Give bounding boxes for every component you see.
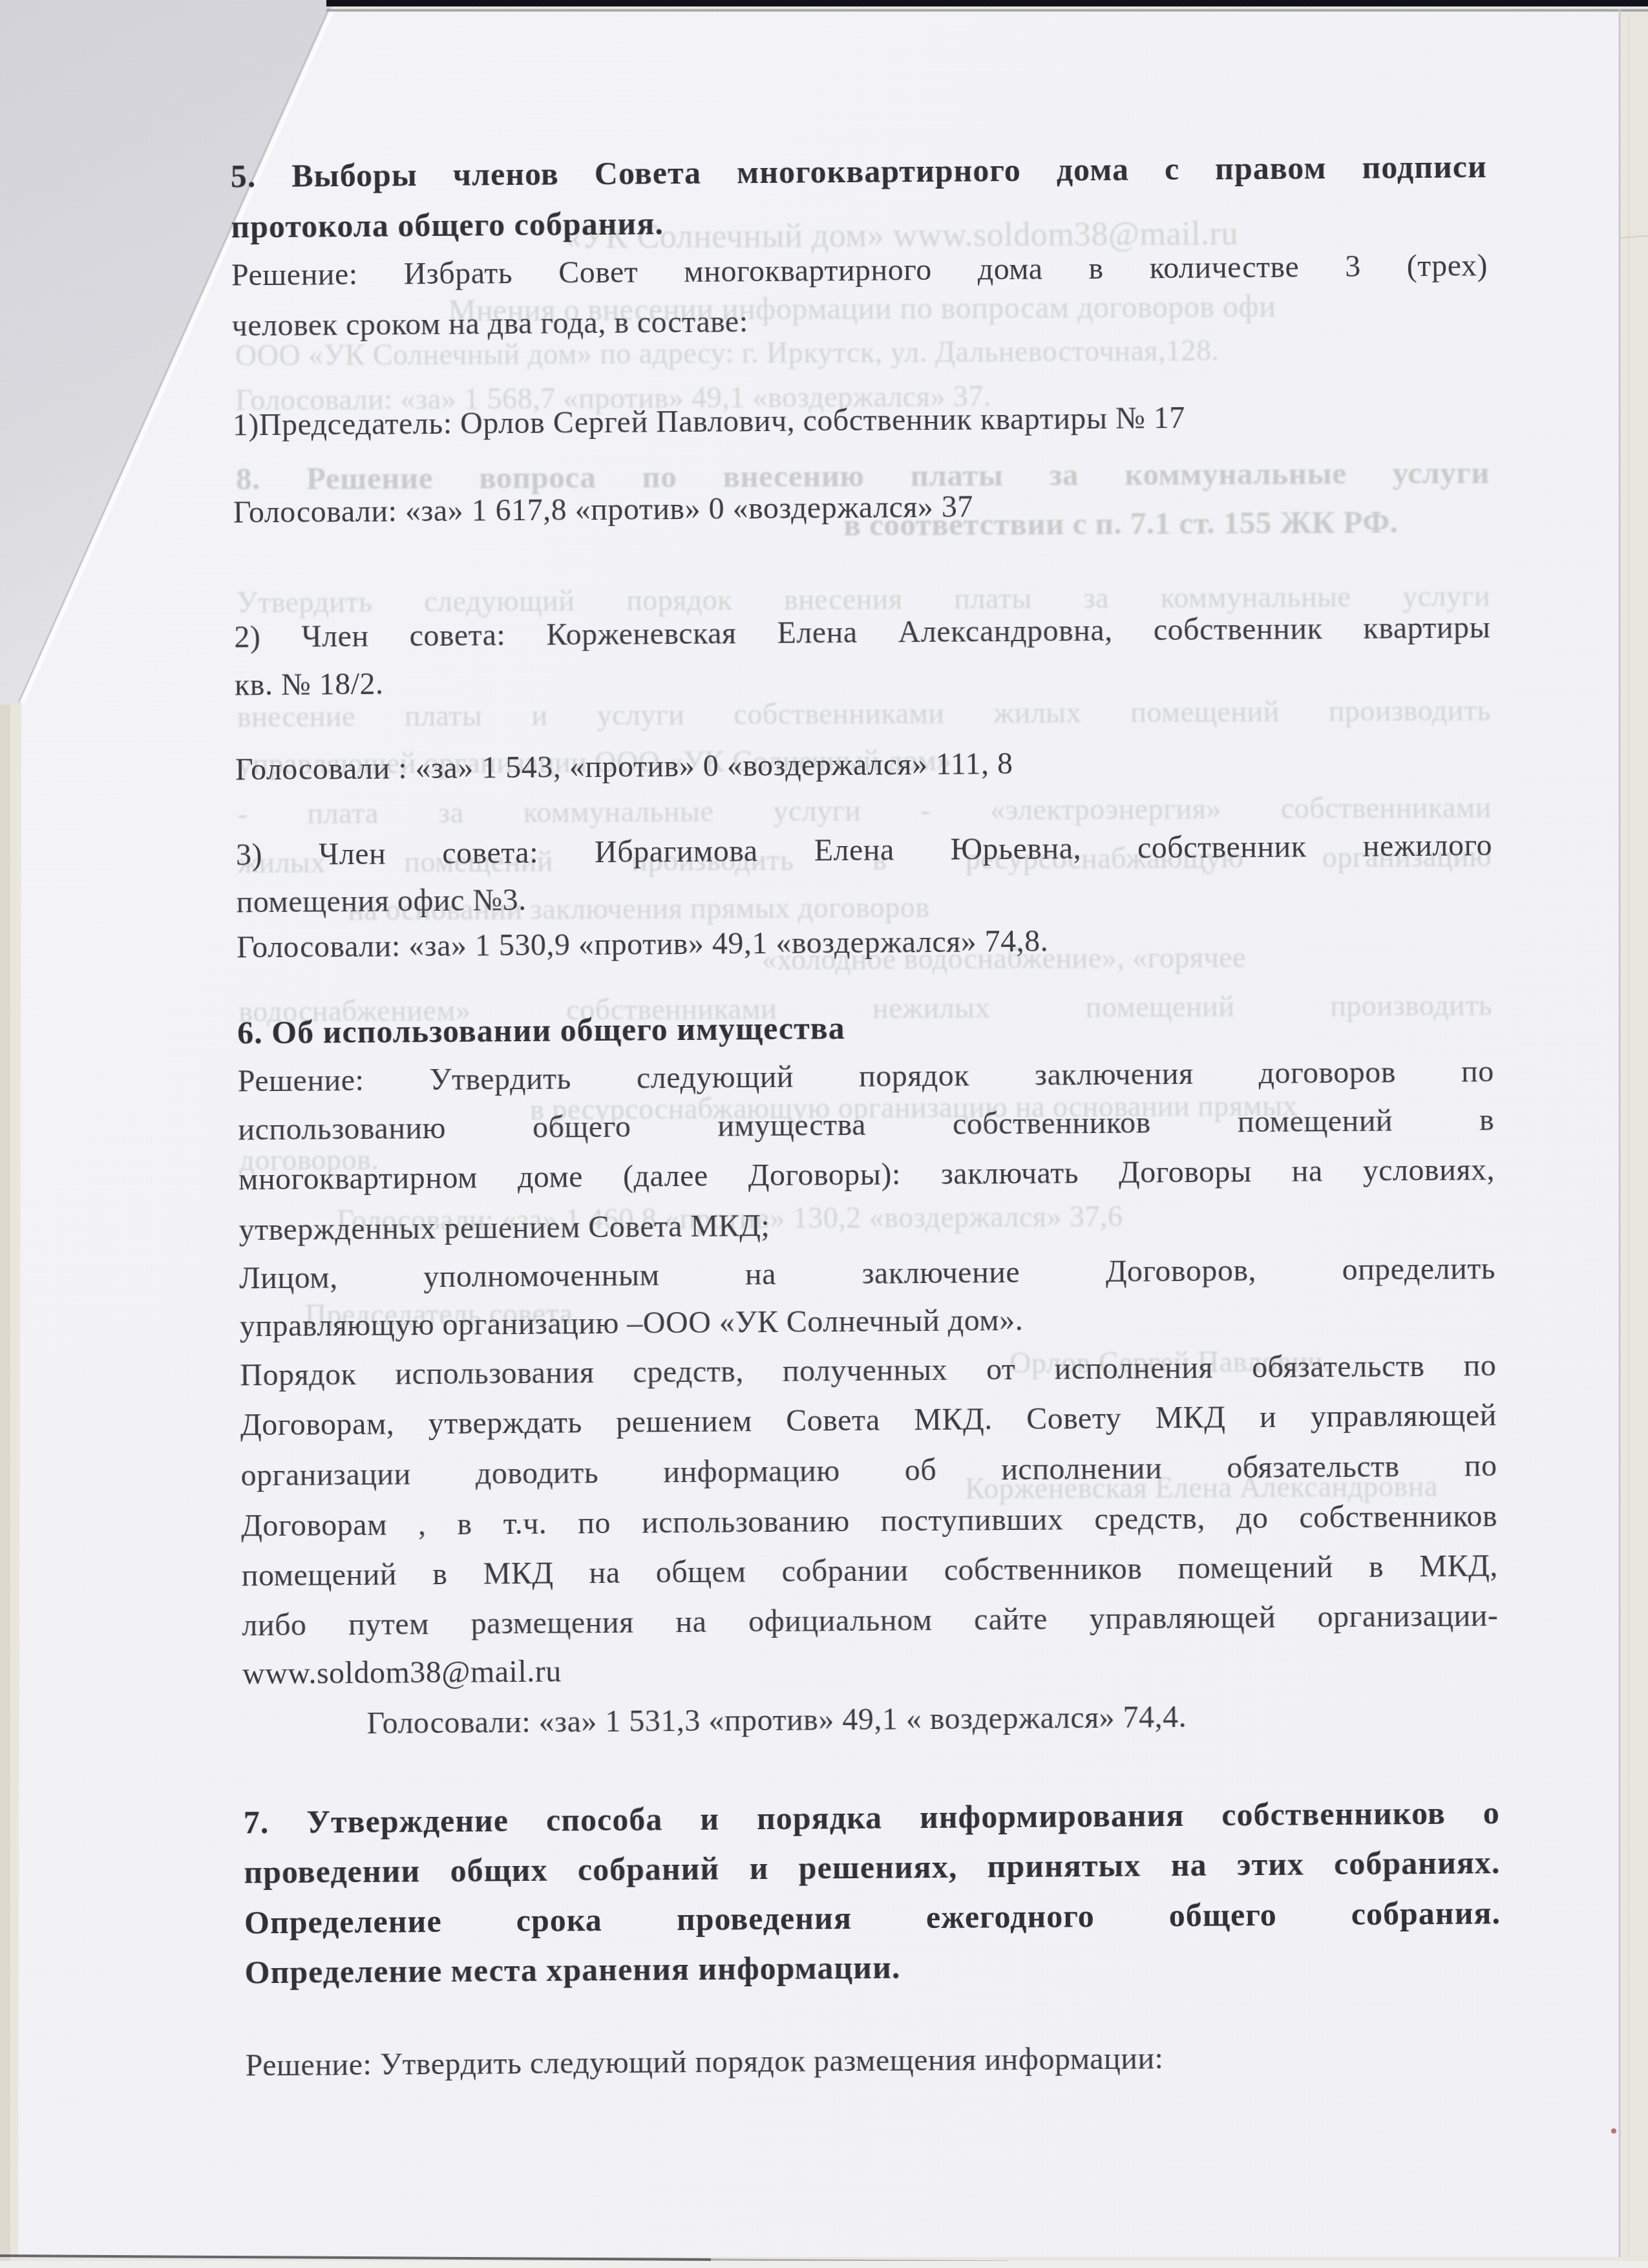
text-line: Решение: Утвердить следующий порядок раз… bbox=[246, 2040, 1164, 2083]
text-line: 2) Член совета: Корженевская Елена Алекс… bbox=[234, 609, 1490, 655]
text-line: проведении общих собраний и решениях, пр… bbox=[244, 1843, 1500, 1891]
text-line: 1)Председатель: Орлов Сергей Павлович, с… bbox=[233, 400, 1185, 443]
printed-text-layer: 5. Выборы членов Совета многоквартирного… bbox=[0, 0, 1648, 2268]
text-line: 5. Выборы членов Совета многоквартирного… bbox=[231, 147, 1487, 195]
text-line: организации доводить информацию об испол… bbox=[240, 1448, 1497, 1493]
text-line: Договорам , в т.ч. по использованию пост… bbox=[241, 1498, 1497, 1543]
scanned-page: «УК Солнечный дом» www.soldom38@mail.ruМ… bbox=[0, 0, 1648, 2268]
text-line: многоквартирном доме (далее Договоры): з… bbox=[238, 1152, 1495, 1197]
text-line: 3) Член совета: Ибрагимова Елена Юрьевна… bbox=[236, 827, 1492, 873]
text-line: использованию общего имущества собственн… bbox=[238, 1102, 1494, 1147]
text-line: управляющую организацию –ООО «УК Солнечн… bbox=[240, 1302, 1024, 1344]
text-line: помещений в МКД на общем собрании собств… bbox=[242, 1548, 1498, 1593]
text-line: помещения офис №3. bbox=[236, 882, 526, 920]
text-line: Договорам, утверждать решением Совета МК… bbox=[240, 1397, 1497, 1443]
text-line: Определение срока проведения ежегодного … bbox=[244, 1894, 1501, 1941]
text-line: Решение: Избрать Совет многоквартирного … bbox=[231, 248, 1488, 293]
text-line: Голосовали: «за» 1 531,3 «против» 49,1 «… bbox=[366, 1699, 1187, 1741]
text-line: Порядок использования средств, полученны… bbox=[240, 1348, 1496, 1393]
text-line: кв. № 18/2. bbox=[235, 666, 384, 703]
text-line: человек сроком на два года, в составе: bbox=[231, 304, 748, 343]
text-line: 7. Утверждение способа и порядка информи… bbox=[244, 1794, 1500, 1841]
text-line: либо путем размещения на официальном сай… bbox=[242, 1598, 1498, 1643]
text-line: протокола общего собрания. bbox=[231, 204, 664, 245]
text-line: Решение: Утвердить следующий порядок зак… bbox=[238, 1054, 1494, 1099]
text-line: утвержденных решением Совета МКД; bbox=[238, 1208, 770, 1247]
text-line: Голосовали : «за» 1 543, «против» 0 «воз… bbox=[235, 746, 1013, 787]
text-line: Голосовали: «за» 1 530,9 «против» 49,1 «… bbox=[237, 924, 1049, 966]
text-line: Голосовали: «за» 1 617,8 «против» 0 «воз… bbox=[233, 489, 974, 530]
text-line: Определение места хранения информации. bbox=[244, 1948, 900, 1991]
text-line: 6. Об использовании общего имущества bbox=[237, 1009, 845, 1051]
text-line: Лицом, уполномоченным на заключение Дого… bbox=[239, 1251, 1495, 1296]
text-line: www.soldom38@mail.ru bbox=[242, 1654, 562, 1692]
